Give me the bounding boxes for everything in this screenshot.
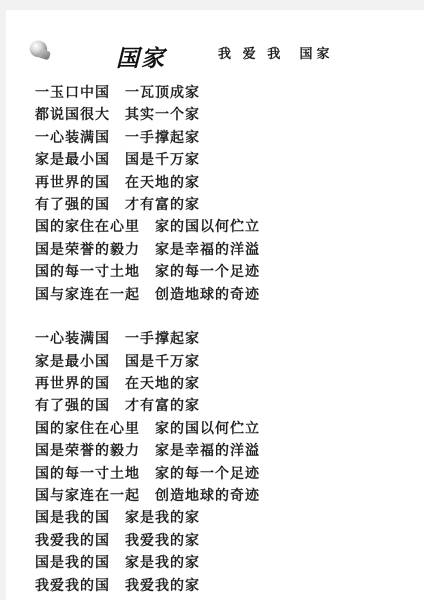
- song-title: 国家: [116, 40, 166, 73]
- audio-speaker-icon[interactable]: [30, 41, 52, 63]
- speaker-base-shape: [38, 49, 51, 61]
- document-header: 国家 我 爱 我 国家: [6, 10, 424, 80]
- header-caption: 我 爱 我 国家: [218, 43, 333, 62]
- lyric-line: 再世界的国 在天地的家: [35, 372, 415, 394]
- document-page: 国家 我 爱 我 国家 一玉口中国 一瓦顶成家 都说国很大 其实一个家 一心装满…: [6, 10, 424, 600]
- lyric-line: 我爱我的国 我爱我的家: [35, 529, 415, 551]
- lyric-line: 国的家住在心里 家的国以何伫立: [35, 417, 415, 439]
- lyric-line: 有了强的国 才有富的家: [35, 394, 415, 416]
- lyric-line: 家是最小国 国是千万家: [35, 148, 415, 170]
- lyric-line: 再世界的国 在天地的家: [35, 171, 415, 193]
- lyric-line: 国与家连在一起 创造地球的奇迹: [35, 283, 415, 305]
- lyric-line: 国的每一寸土地 家的每一个足迹: [35, 462, 415, 484]
- lyric-line: 我爱我的国 我爱我的家: [35, 574, 415, 596]
- lyrics-block: 一玉口中国 一瓦顶成家 都说国很大 其实一个家 一心装满国 一手撑起家 家是最小…: [35, 81, 415, 596]
- lyric-line: 一玉口中国 一瓦顶成家: [35, 81, 415, 103]
- lyric-line: 国的每一寸土地 家的每一个足迹: [35, 260, 415, 282]
- lyric-line: 国是我的国 家是我的家: [35, 506, 415, 528]
- lyric-line: 国是我的国 家是我的家: [35, 551, 415, 573]
- stanza-gap: [35, 305, 415, 327]
- lyric-line: 一心装满国 一手撑起家: [35, 126, 415, 148]
- lyric-line: 都说国很大 其实一个家: [35, 103, 415, 125]
- lyric-line: 国的家住在心里 家的国以何伫立: [35, 215, 415, 237]
- lyric-line: 一心装满国 一手撑起家: [35, 327, 415, 349]
- lyric-line: 国与家连在一起 创造地球的奇迹: [35, 484, 415, 506]
- lyric-line: 有了强的国 才有富的家: [35, 193, 415, 215]
- lyric-line: 国是荣誉的毅力 家是幸福的洋溢: [35, 439, 415, 461]
- lyric-line: 国是荣誉的毅力 家是幸福的洋溢: [35, 238, 415, 260]
- lyric-line: 家是最小国 国是千万家: [35, 350, 415, 372]
